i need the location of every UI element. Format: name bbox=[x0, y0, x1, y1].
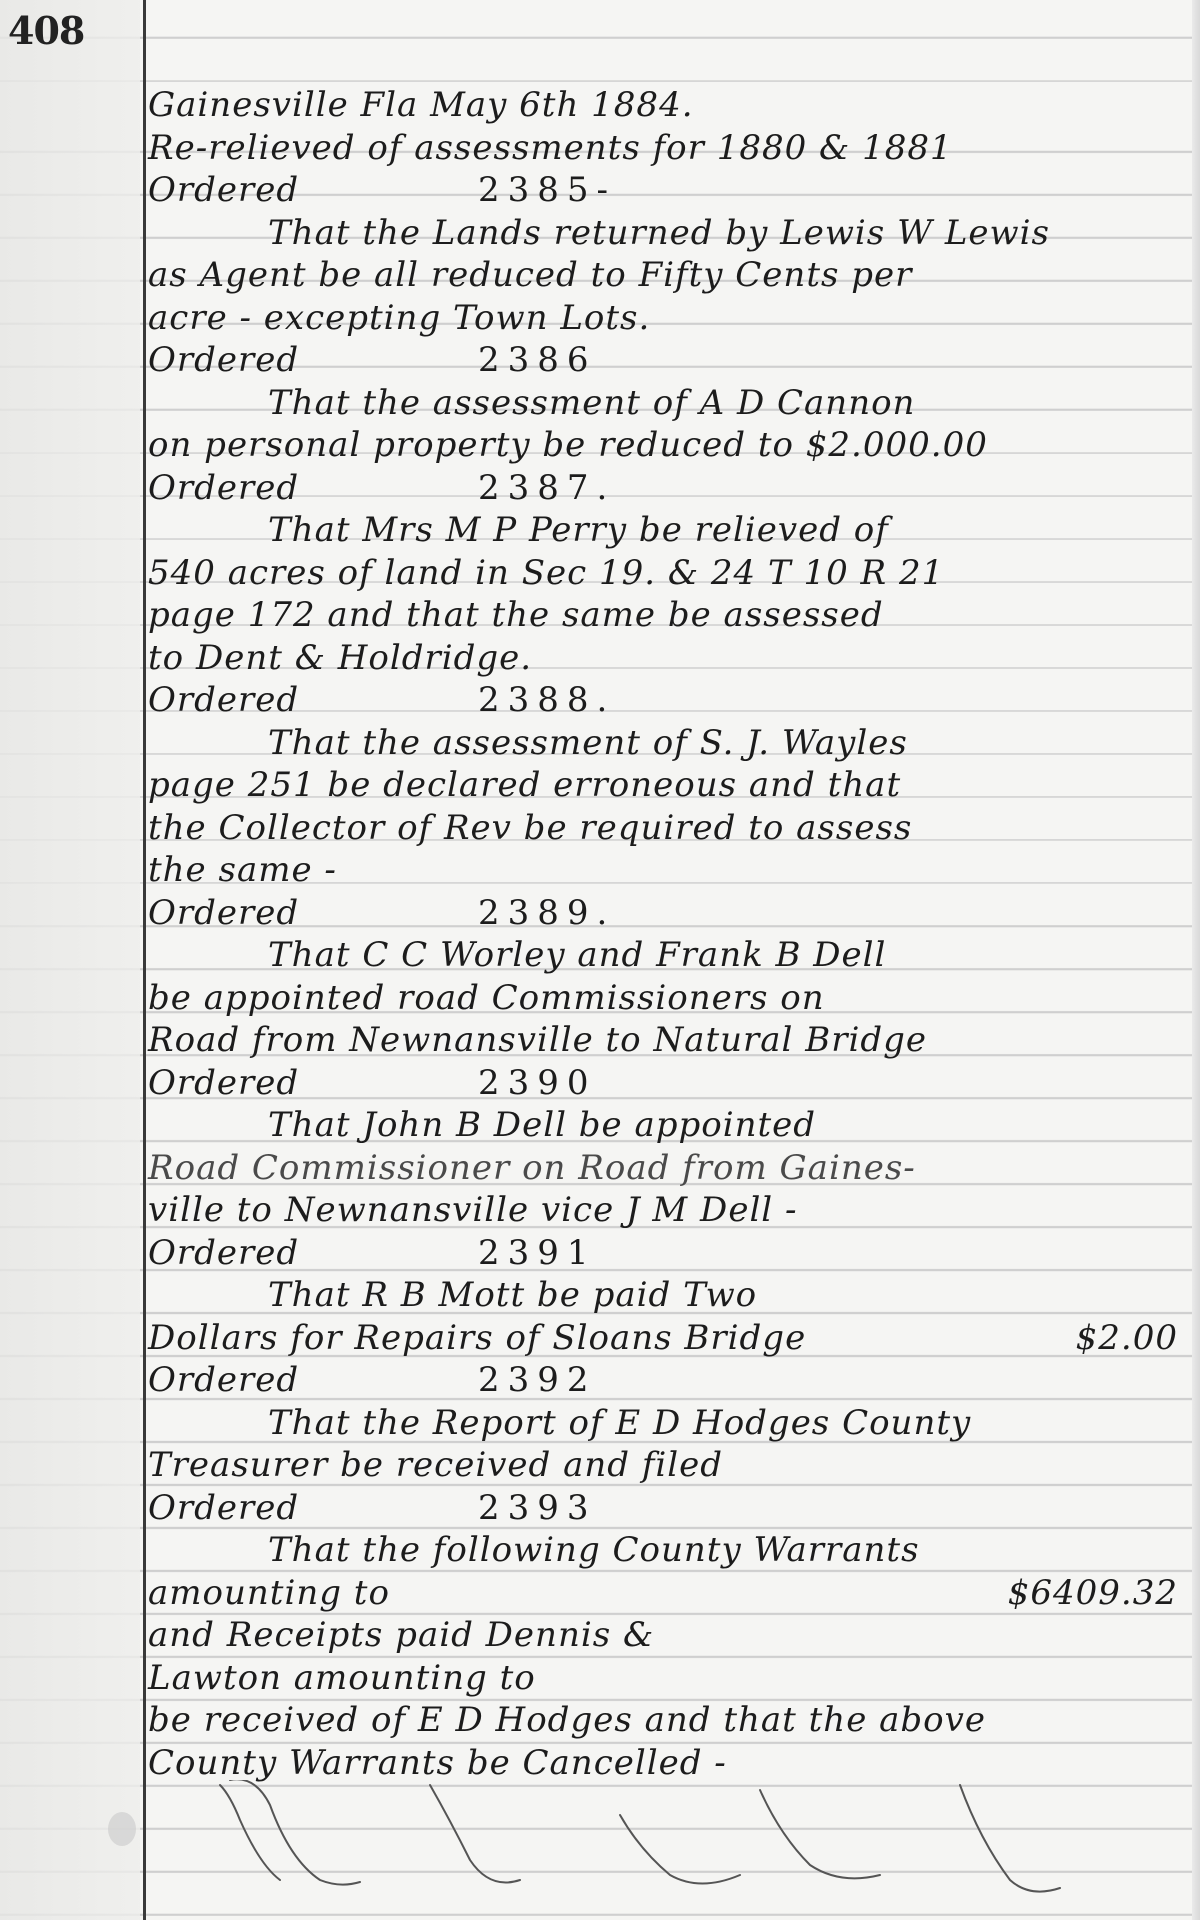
heading-subject: Re-relieved of assessments for 1880 & 18… bbox=[148, 127, 1178, 170]
order-header: Ordered2387. bbox=[148, 467, 1178, 510]
order-text-line: the Collector of Rev be required to asse… bbox=[148, 807, 1178, 850]
order-number: 2391 bbox=[478, 1232, 597, 1275]
order-text-line: That R B Mott be paid Two bbox=[148, 1274, 1178, 1317]
order-text-line: acre - excepting Town Lots. bbox=[148, 297, 1178, 340]
paper-stain bbox=[108, 1812, 136, 1846]
minutes-content: Gainesville Fla May 6th 1884. Re-relieve… bbox=[148, 84, 1178, 1784]
order-label: Ordered bbox=[148, 169, 478, 212]
order-text-line: That the Report of E D Hodges County bbox=[148, 1402, 1178, 1445]
page-number: 408 bbox=[8, 8, 84, 53]
end-flourish-strokes bbox=[200, 1780, 1160, 1900]
order-text-line: Lawton amounting to bbox=[148, 1657, 1178, 1700]
order-text-line: That John B Dell be appointed bbox=[148, 1104, 1178, 1147]
order-text-line: page 172 and that the same be assessed bbox=[148, 594, 1178, 637]
order-number: 2392 bbox=[478, 1359, 597, 1402]
order-text-line: ville to Newnansville vice J M Dell - bbox=[148, 1189, 1178, 1232]
order-header: Ordered2388. bbox=[148, 679, 1178, 722]
order-text-line: be received of E D Hodges and that the a… bbox=[148, 1699, 1178, 1742]
order-text-line: Road Commissioner on Road from Gaines- bbox=[148, 1147, 1178, 1190]
order-amount: $2.00 bbox=[1076, 1317, 1178, 1360]
order-header: Ordered2386 bbox=[148, 339, 1178, 382]
order-text-line: That the Lands returned by Lewis W Lewis bbox=[148, 212, 1178, 255]
order-text-line: as Agent be all reduced to Fifty Cents p… bbox=[148, 254, 1178, 297]
margin-rule bbox=[143, 0, 146, 1920]
order-label: Ordered bbox=[148, 467, 478, 510]
order-header: Ordered2389. bbox=[148, 892, 1178, 935]
order-text-line: the same - bbox=[148, 849, 1178, 892]
order-text-line: That the assessment of S. J. Wayles bbox=[148, 722, 1178, 765]
order-number: 2385- bbox=[478, 169, 616, 212]
order-text-line: on personal property be reduced to $2.00… bbox=[148, 424, 1178, 467]
order-label: Ordered bbox=[148, 1232, 478, 1275]
order-number: 2393 bbox=[478, 1487, 597, 1530]
order-text-line: County Warrants be Cancelled - bbox=[148, 1742, 1178, 1785]
order-text-line: That the assessment of A D Cannon bbox=[148, 382, 1178, 425]
order-number: 2388. bbox=[478, 679, 615, 722]
order-text-line: 540 acres of land in Sec 19. & 24 T 10 R… bbox=[148, 552, 1178, 595]
order-header: Ordered2392 bbox=[148, 1359, 1178, 1402]
left-margin bbox=[0, 0, 140, 1920]
order-header: Ordered2390 bbox=[148, 1062, 1178, 1105]
order-text-line: amounting to $6409.32 bbox=[148, 1572, 1178, 1615]
order-label: Ordered bbox=[148, 1062, 478, 1105]
order-text-line: That C C Worley and Frank B Dell bbox=[148, 934, 1178, 977]
order-text: Dollars for Repairs of Sloans Bridge bbox=[148, 1318, 806, 1358]
order-label: Ordered bbox=[148, 339, 478, 382]
page-edge bbox=[1192, 0, 1200, 1920]
order-text-line: Dollars for Repairs of Sloans Bridge $2.… bbox=[148, 1317, 1178, 1360]
order-label: Ordered bbox=[148, 892, 478, 935]
order-text-line: to Dent & Holdridge. bbox=[148, 637, 1178, 680]
order-label: Ordered bbox=[148, 1487, 478, 1530]
order-number: 2389. bbox=[478, 892, 615, 935]
order-text-line: and Receipts paid Dennis & bbox=[148, 1614, 1178, 1657]
heading-place-date: Gainesville Fla May 6th 1884. bbox=[148, 84, 1178, 127]
order-number: 2390 bbox=[478, 1062, 597, 1105]
order-text: amounting to bbox=[148, 1573, 390, 1613]
order-header: Ordered2393 bbox=[148, 1487, 1178, 1530]
order-text-line: That Mrs M P Perry be relieved of bbox=[148, 509, 1178, 552]
order-text-line: That the following County Warrants bbox=[148, 1529, 1178, 1572]
order-text-line: Road from Newnansville to Natural Bridge bbox=[148, 1019, 1178, 1062]
order-text-line: Treasurer be received and filed bbox=[148, 1444, 1178, 1487]
order-label: Ordered bbox=[148, 1359, 478, 1402]
order-number: 2387. bbox=[478, 467, 615, 510]
order-amount: $6409.32 bbox=[1008, 1572, 1178, 1615]
order-text-line: be appointed road Commissioners on bbox=[148, 977, 1178, 1020]
order-label: Ordered bbox=[148, 679, 478, 722]
order-text-line: page 251 be declared erroneous and that bbox=[148, 764, 1178, 807]
order-header: Ordered2391 bbox=[148, 1232, 1178, 1275]
ledger-page: 408 Gainesville Fla May 6th 1884. Re-rel… bbox=[0, 0, 1200, 1920]
order-number: 2386 bbox=[478, 339, 597, 382]
order-header: Ordered2385- bbox=[148, 169, 1178, 212]
